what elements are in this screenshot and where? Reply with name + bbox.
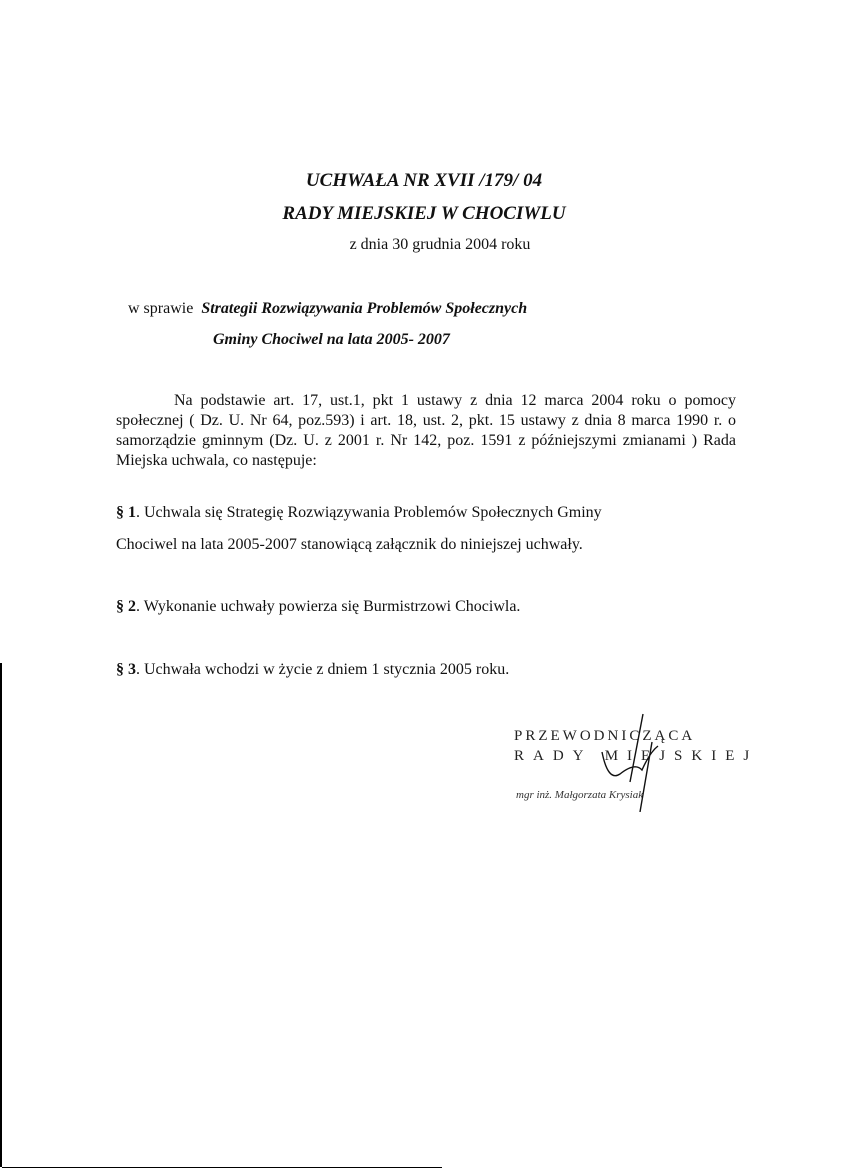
paragraph-1: § 1. Uchwala się Strategię Rozwiązywania… [116, 504, 602, 522]
council-name: RADY MIEJSKIEJ W CHOCIWLU [0, 203, 848, 225]
handwritten-signature [590, 712, 700, 812]
paragraph-1-continued: Chociwel na lata 2005-2007 stanowiącą za… [116, 536, 583, 554]
paragraph-mark: § 3 [116, 661, 136, 678]
scan-edge-bottom [2, 1167, 442, 1168]
subject-prefix: w sprawie [128, 300, 193, 317]
paragraph-text: . Wykonanie uchwały powierza się Burmist… [136, 598, 520, 615]
preamble: Na podstawie art. 17, ust.1, pkt 1 ustaw… [116, 391, 736, 471]
paragraph-text: . Uchwala się Strategię Rozwiązywania Pr… [136, 504, 602, 521]
subject-title-line2: Gminy Chociwel na lata 2005- 2007 [213, 331, 450, 349]
paragraph-2: § 2. Wykonanie uchwały powierza się Burm… [116, 598, 520, 616]
subject-block: w sprawie Strategii Rozwiązywania Proble… [128, 300, 527, 318]
scan-edge-left [0, 663, 2, 1167]
subject-title-line1: Strategii Rozwiązywania Problemów Społec… [201, 300, 527, 317]
paragraph-mark: § 2 [116, 598, 136, 615]
resolution-number: UCHWAŁA NR XVII /179/ 04 [0, 170, 848, 192]
paragraph-mark: § 1 [116, 504, 136, 521]
paragraph-3: § 3. Uchwała wchodzi w życie z dniem 1 s… [116, 661, 509, 679]
resolution-date: z dnia 30 grudnia 2004 roku [0, 236, 848, 254]
preamble-text: Na podstawie art. 17, ust.1, pkt 1 ustaw… [116, 392, 736, 469]
paragraph-text: . Uchwała wchodzi w życie z dniem 1 styc… [136, 661, 509, 678]
